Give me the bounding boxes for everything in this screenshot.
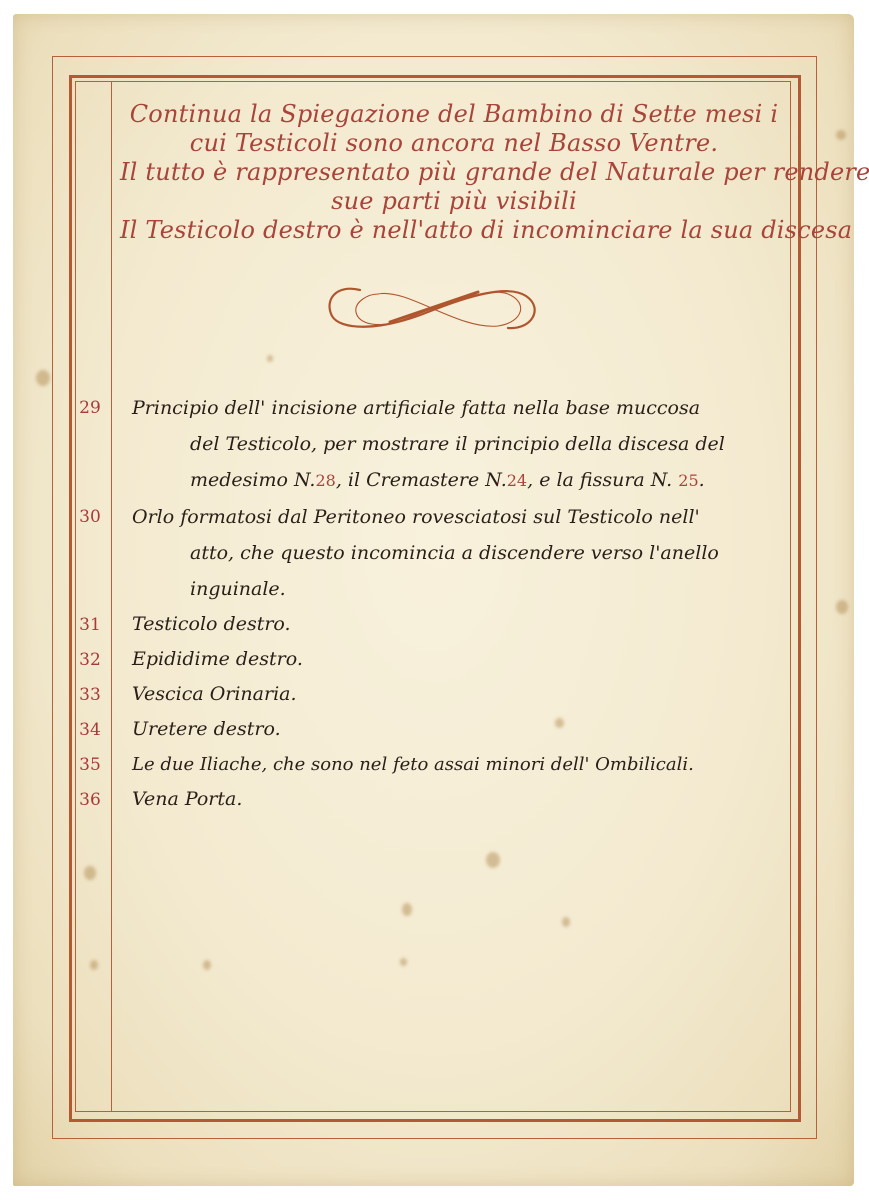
entry-text-line: medesimo N.28, il Cremastere N.24, e la … bbox=[132, 462, 790, 499]
entry-text: Testicolo destro. bbox=[132, 607, 790, 642]
reference-number: 25 bbox=[678, 471, 698, 490]
entry-31: 31 Testicolo destro. bbox=[70, 607, 790, 642]
entry-29: 29 Principio dell' incisione artificiale… bbox=[70, 390, 790, 499]
entry-number: 35 bbox=[70, 755, 110, 775]
entry-32: 32 Epididime destro. bbox=[70, 642, 790, 677]
entry-text-line: del Testicolo, per mostrare il principio… bbox=[132, 426, 790, 462]
entry-34: 34 Uretere destro. bbox=[70, 712, 790, 747]
entry-text-line: atto, che questo incomincia a discendere… bbox=[132, 535, 790, 571]
title-line-5: Il Testicolo destro è nell'atto di incom… bbox=[112, 216, 796, 245]
text-fragment: , il Cremastere N. bbox=[336, 469, 507, 491]
entry-text: Vena Porta. bbox=[132, 782, 790, 817]
title-line-4: sue parti più visibili bbox=[112, 187, 796, 216]
entry-text: Uretere destro. bbox=[132, 712, 790, 747]
entry-text-line: Orlo formatosi dal Peritoneo rovesciatos… bbox=[132, 506, 700, 528]
entry-number: 29 bbox=[70, 398, 110, 418]
entry-number: 36 bbox=[70, 790, 110, 810]
stain bbox=[836, 600, 848, 614]
text-fragment: , e la fissura N. bbox=[527, 469, 672, 491]
entry-number: 33 bbox=[70, 685, 110, 705]
stain bbox=[36, 370, 50, 386]
legend-entries: 29 Principio dell' incisione artificiale… bbox=[70, 390, 790, 817]
title-line-1: Continua la Spiegazione del Bambino di S… bbox=[112, 100, 796, 129]
text-fragment: medesimo N. bbox=[190, 469, 315, 491]
entry-text: Le due Iliache, che sono nel feto assai … bbox=[132, 747, 790, 782]
entry-text: Epididime destro. bbox=[132, 642, 790, 677]
entry-number: 32 bbox=[70, 650, 110, 670]
entry-number: 30 bbox=[70, 507, 110, 527]
title-line-2: cui Testicoli sono ancora nel Basso Vent… bbox=[112, 129, 796, 158]
entry-33: 33 Vescica Orinaria. bbox=[70, 677, 790, 712]
entry-number: 34 bbox=[70, 720, 110, 740]
stain bbox=[836, 130, 846, 140]
title-line-3: Il tutto è rappresentato più grande del … bbox=[112, 158, 796, 187]
flourish-icon bbox=[318, 278, 548, 338]
entry-text: Vescica Orinaria. bbox=[132, 677, 790, 712]
entry-35: 35 Le due Iliache, che sono nel feto ass… bbox=[70, 747, 790, 782]
entry-text-line: inguinale. bbox=[132, 571, 790, 607]
entry-text-line: Principio dell' incisione artificiale fa… bbox=[132, 397, 700, 419]
entry-30: 30 Orlo formatosi dal Peritoneo rovescia… bbox=[70, 499, 790, 607]
page-title: Continua la Spiegazione del Bambino di S… bbox=[112, 100, 796, 245]
text-fragment: . bbox=[699, 469, 705, 491]
entry-36: 36 Vena Porta. bbox=[70, 782, 790, 817]
reference-number: 28 bbox=[315, 471, 335, 490]
reference-number: 24 bbox=[507, 471, 527, 490]
entry-number: 31 bbox=[70, 615, 110, 635]
